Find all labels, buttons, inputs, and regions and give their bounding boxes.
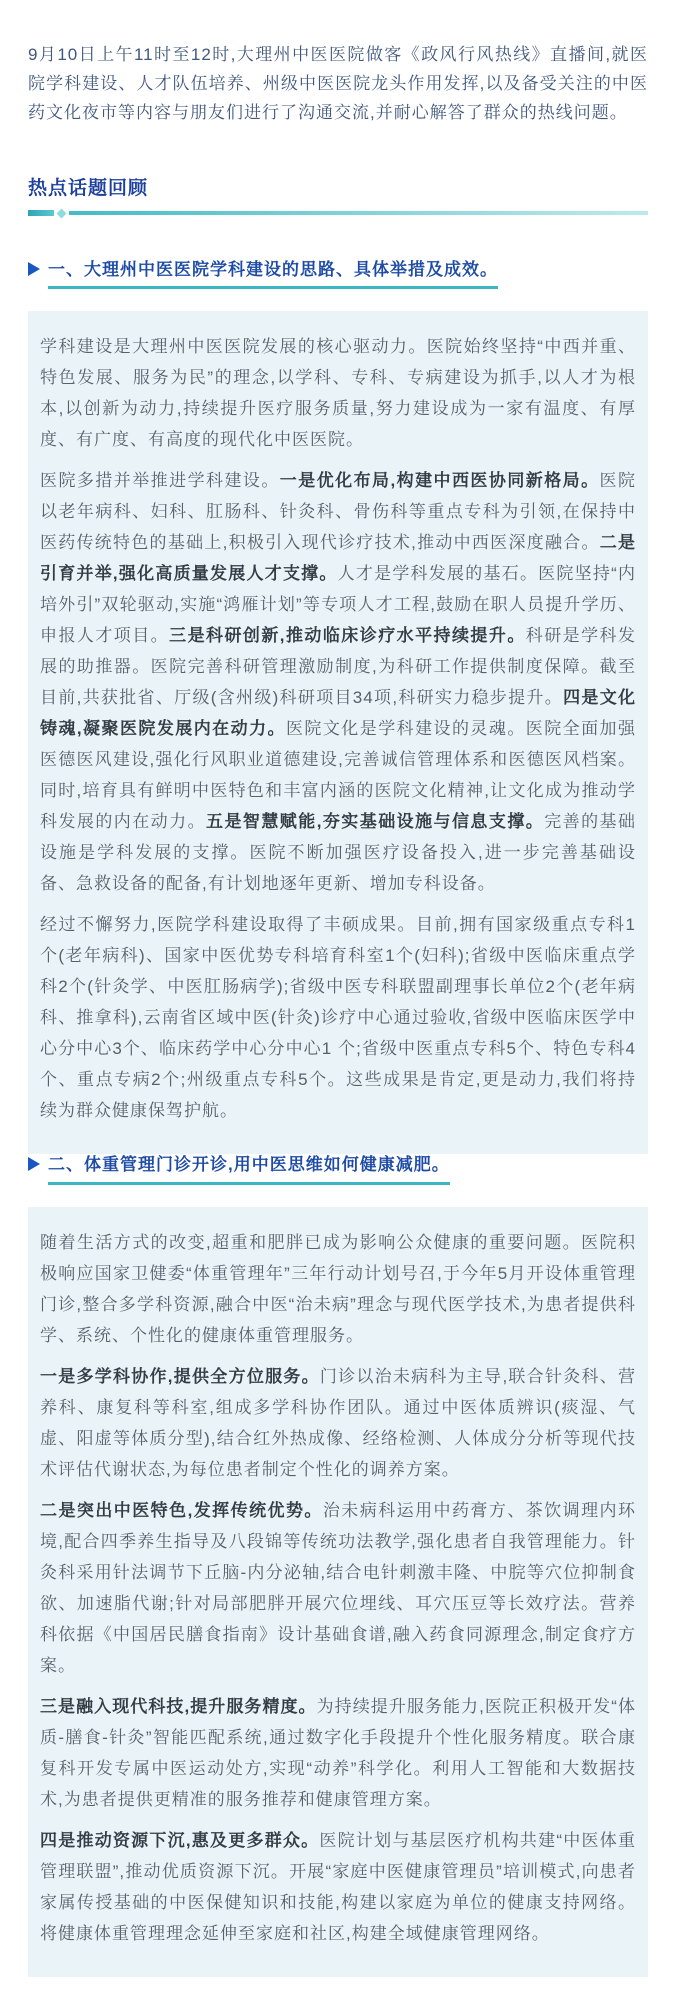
bold-lead-segment: 一是优化布局,构建中西医协同新格局。 <box>280 471 600 490</box>
section-title-2: 二、体重管理门诊开诊,用中医思维如何健康减肥。 <box>48 1154 450 1184</box>
triangle-arrow-icon <box>28 262 40 276</box>
bold-lead-segment: 二是突出中医特色,发挥传统优势。 <box>40 1501 323 1520</box>
text-segment: 经过不懈努力,医院学科建设取得了丰硕成果。目前,拥有国家级重点专科1个(老年病科… <box>40 915 636 1120</box>
paragraph: 一是多学科协作,提供全方位服务。门诊以治未病科为主导,联合针灸科、营养科、康复科… <box>40 1361 636 1485</box>
bold-lead-segment: 一是多学科协作,提供全方位服务。 <box>40 1367 320 1386</box>
divider-bar-right <box>69 211 648 215</box>
section-title-1: 一、大理州中医医院学科建设的思路、具体举措及成效。 <box>48 259 498 289</box>
article-page: 9月10日上午11时至12时,大理州中医医院做客《政风行风热线》直播间,就医院学… <box>0 0 676 2003</box>
paragraph: 四是推动资源下沉,惠及更多群众。医院计划与基层医疗机构共建“中医体重管理联盟”,… <box>40 1825 636 1949</box>
text-segment: 随着生活方式的改变,超重和肥胖已成为影响公众健康的重要问题。医院积极响应国家卫健… <box>40 1233 636 1345</box>
divider-bar-left <box>28 210 54 216</box>
bold-lead-segment: 五是智慧赋能,夯实基础设施与信息支撑。 <box>206 812 544 831</box>
paragraph: 医院多措并举推进学科建设。一是优化布局,构建中西医协同新格局。医院以老年病科、妇… <box>40 465 636 899</box>
paragraph: 三是融入现代科技,提升服务精度。为持续提升服务能力,医院正积极开发“体质-膳食-… <box>40 1691 636 1815</box>
topic-divider <box>28 209 648 217</box>
topic-header: 热点话题回顾 <box>28 173 648 217</box>
text-segment: 治未病科运用中药膏方、茶饮调理内环境,配合四季养生指导及八段锦等传统功法教学,强… <box>40 1501 636 1675</box>
paragraph: 二是突出中医特色,发挥传统优势。治未病科运用中药膏方、茶饮调理内环境,配合四季养… <box>40 1495 636 1681</box>
paragraph: 经过不懈努力,医院学科建设取得了丰硕成果。目前,拥有国家级重点专科1个(老年病科… <box>40 909 636 1126</box>
section-discipline-building: 一、大理州中医医院学科建设的思路、具体举措及成效。 学科建设是大理州中医医院发展… <box>28 259 648 1154</box>
topic-title: 热点话题回顾 <box>28 173 648 200</box>
section-weight-management: 二、体重管理门诊开诊,用中医思维如何健康减肥。 随着生活方式的改变,超重和肥胖已… <box>28 1154 648 1976</box>
bold-lead-segment: 三是融入现代科技,提升服务精度。 <box>40 1697 317 1716</box>
paragraph: 学科建设是大理州中医医院发展的核心驱动力。医院始终坚持“中西并重、特色发展、服务… <box>40 331 636 455</box>
text-segment: 医院多措并举推进学科建设。 <box>40 471 280 490</box>
section-heading-1: 一、大理州中医医院学科建设的思路、具体举措及成效。 <box>28 259 648 289</box>
text-segment: 学科建设是大理州中医医院发展的核心驱动力。医院始终坚持“中西并重、特色发展、服务… <box>40 337 636 449</box>
bold-lead-segment: 三是科研创新,推动临床诊疗水平持续提升。 <box>169 626 526 645</box>
intro-paragraph: 9月10日上午11时至12时,大理州中医医院做客《政风行风热线》直播间,就医院学… <box>28 40 648 127</box>
paragraph: 随着生活方式的改变,超重和肥胖已成为影响公众健康的重要问题。医院积极响应国家卫健… <box>40 1227 636 1351</box>
diamond-icon <box>57 208 67 218</box>
triangle-arrow-icon <box>28 1157 40 1171</box>
content-box-2: 随着生活方式的改变,超重和肥胖已成为影响公众健康的重要问题。医院积极响应国家卫健… <box>28 1207 648 1977</box>
section-heading-2: 二、体重管理门诊开诊,用中医思维如何健康减肥。 <box>28 1154 648 1184</box>
bold-lead-segment: 四是推动资源下沉,惠及更多群众。 <box>40 1831 319 1850</box>
content-box-1: 学科建设是大理州中医医院发展的核心驱动力。医院始终坚持“中西并重、特色发展、服务… <box>28 311 648 1154</box>
